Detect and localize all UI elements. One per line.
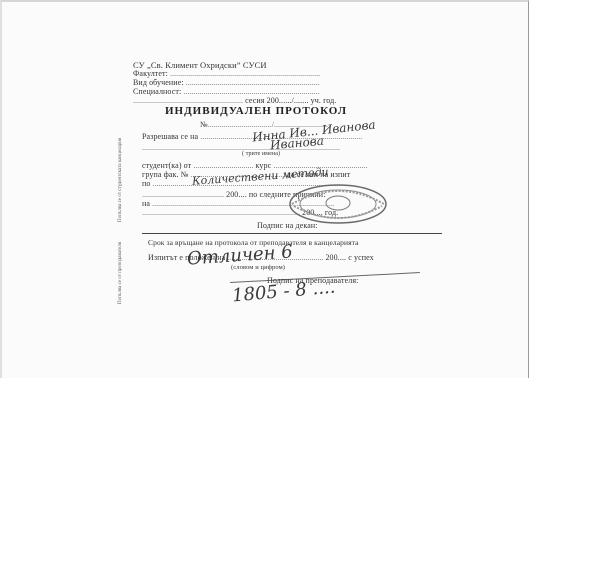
session-field: ........................................… (133, 96, 336, 105)
specialty-field: Специалност: ...........................… (133, 87, 319, 96)
scanned-page: СУ „Св. Климент Охридски” СУСИ Факултет:… (0, 0, 529, 378)
faculty-field: Факултет: ..............................… (133, 69, 320, 78)
side-note-office: Попълва се от студентската канцелария (118, 138, 123, 222)
official-seal-stamp (288, 184, 388, 224)
full-name-hint: ( трите имена) (242, 151, 280, 157)
protocol-title: ИНДИВИДУАЛЕН ПРОТОКОЛ (165, 105, 347, 117)
study-type-field: Вид обучение: ..........................… (133, 78, 320, 87)
side-note-teacher: Попълва се от преподавателя (118, 242, 123, 304)
grade-hint: (словом и цифром) (231, 264, 285, 271)
section-divider (142, 233, 442, 234)
student-field: студент(ка) от .........................… (142, 161, 367, 170)
